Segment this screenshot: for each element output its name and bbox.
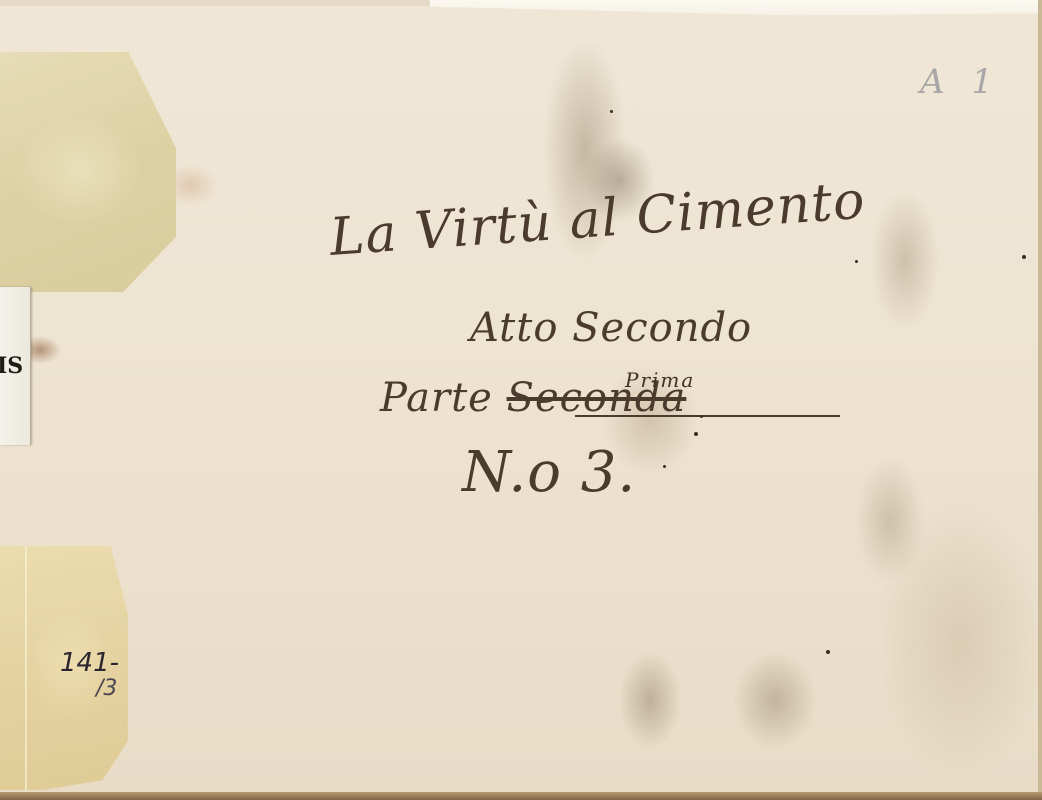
ink-speck xyxy=(694,432,698,436)
shelf-mark: 141- /3 xyxy=(60,650,119,700)
ink-speck xyxy=(700,415,703,418)
handwritten-title: La Virtù al Cimento xyxy=(328,171,867,268)
handwritten-number: N.o 3. xyxy=(462,440,636,505)
ink-speck xyxy=(663,465,666,468)
strike-line xyxy=(575,415,840,417)
bottom-edge xyxy=(0,792,1042,800)
shelf-mark-main: 141- xyxy=(60,650,119,676)
underlying-page-strip xyxy=(430,0,1042,22)
spine-label: IS xyxy=(0,287,31,445)
ink-speck xyxy=(826,650,830,654)
vellum-fold-line xyxy=(25,546,27,790)
manuscript-cover: IS 141- /3 A 1 La Virtù al Cimento Atto … xyxy=(0,0,1042,800)
handwritten-act: Atto Secondo xyxy=(470,305,752,351)
right-edge xyxy=(1038,0,1042,800)
spine-label-text: IS xyxy=(0,355,23,377)
ink-speck xyxy=(610,110,613,113)
part-correction: Prima xyxy=(625,368,695,392)
shelf-mark-sub: /3 xyxy=(96,678,119,700)
pencil-mark: A 1 xyxy=(920,62,1001,102)
ink-speck xyxy=(1022,255,1026,259)
vellum-tab-top xyxy=(0,52,176,292)
ink-speck xyxy=(855,260,858,263)
part-label: Parte xyxy=(380,375,493,421)
